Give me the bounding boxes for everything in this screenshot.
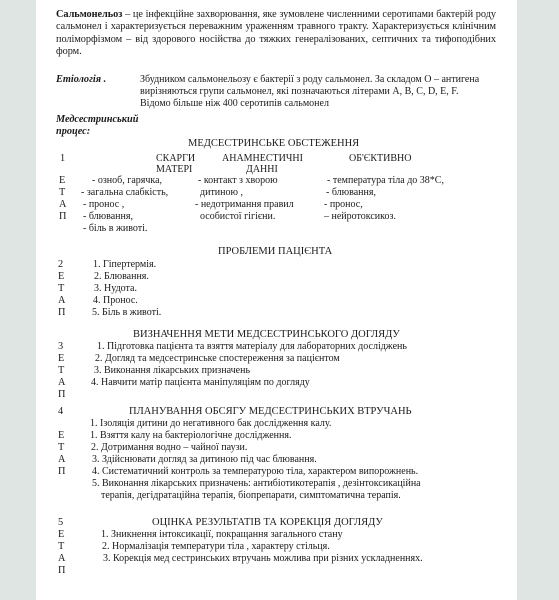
process-label-line-1: Медсестринський	[56, 114, 138, 126]
problem-item: 1. Гіпертермія.	[93, 259, 156, 270]
complaint-item: - пронос ,	[83, 199, 124, 210]
intro-term: Сальмонельоз	[56, 9, 122, 20]
stage1-number: 1	[60, 153, 65, 164]
stage1-col2-header-1: АНАМНЕСТИЧНІ	[222, 153, 303, 164]
stage2-letter-a: А	[58, 295, 65, 306]
evaluation-item: 1. Зникнення інтоксикації, покращання за…	[101, 529, 343, 540]
stage4-letter-e: Е	[58, 430, 64, 441]
etiology-line-3: Відомо більше ніж 400 серотипів сальмоне…	[140, 98, 329, 109]
complaint-item: - блювання,	[83, 211, 133, 222]
stage4-letter-t: Т	[58, 442, 64, 453]
stage2-letter-p: П	[58, 307, 65, 318]
stage4-number: 4	[58, 406, 63, 417]
anamnesis-item: дитиною ,	[200, 187, 243, 198]
plan-item: 1. Взяття калу на бактеріологічне дослід…	[90, 430, 292, 441]
goal-item: 2. Догляд та медсестринське спостереженн…	[95, 353, 340, 364]
problem-item: 4. Пронос.	[93, 295, 138, 306]
plan-item: 1. Ізоляція дитини до негативного бак до…	[90, 418, 331, 429]
stage2-title: ПРОБЛЕМИ ПАЦІЄНТА	[218, 246, 332, 257]
stage2-number: 2	[58, 259, 63, 270]
stage1-title: МЕДСЕСТРИНСЬКЕ ОБСТЕЖЕННЯ	[188, 138, 359, 149]
anamnesis-item: - недотримання правил	[195, 199, 294, 210]
stage3-number: 3	[58, 341, 63, 352]
plan-item: 2. Дотримання водно – чайної паузи.	[91, 442, 247, 453]
stage2-letter-t: Т	[58, 283, 64, 294]
anamnesis-item: особистої гігієни.	[200, 211, 275, 222]
goal-item: 3. Виконання лікарських призначень	[94, 365, 250, 376]
complaint-item: - озноб, гарячка,	[92, 175, 162, 186]
plan-item: 5. Виконання лікарських призначень: анти…	[92, 478, 421, 489]
stage5-letter-p: П	[58, 565, 65, 576]
plan-item-continuation: терапія, дегідратаційна терапія, біопреп…	[101, 490, 401, 501]
stage2-letter-e: Е	[58, 271, 64, 282]
plan-item: 3. Здійснювати догляд за дитиною під час…	[92, 454, 317, 465]
complaint-item: - біль в животі.	[83, 223, 147, 234]
stage3-letter-t: Т	[58, 365, 64, 376]
stage3-title: ВИЗНАЧЕННЯ МЕТИ МЕДСЕСТРИНСЬКОГО ДОГЛЯДУ	[133, 329, 400, 340]
evaluation-item: 2. Нормалізація температури тіла , харак…	[102, 541, 330, 552]
stage1-letter-a: А	[59, 199, 66, 210]
process-label-line-2: процес:	[56, 126, 90, 138]
objective-item: - блювання,	[326, 187, 376, 198]
stage1-letter-t: Т	[59, 187, 65, 198]
stage4-letter-p: П	[58, 466, 65, 477]
objective-item: - пронос,	[324, 199, 363, 210]
stage1-col3-header: ОБ'ЄКТИВНО	[349, 153, 411, 164]
stage5-title: ОЦІНКА РЕЗУЛЬТАТІВ ТА КОРЕКЦІЯ ДОГЛЯДУ	[152, 517, 383, 528]
complaint-item: - загальна слабкість,	[81, 187, 168, 198]
stage1-col2-header-2: ДАННІ	[246, 164, 278, 175]
objective-item: - температура тіла до 38*С,	[327, 175, 444, 186]
intro-paragraph: Сальмонельоз – це інфекційне захворюванн…	[56, 9, 496, 58]
plan-item: 4. Систематичний контроль за температуро…	[92, 466, 418, 477]
etiology-line-2: вирізняються групи сальмонел, які познач…	[140, 86, 459, 97]
stage3-letter-e: Е	[58, 353, 64, 364]
document-page: Сальмонельоз – це інфекційне захворюванн…	[36, 0, 517, 600]
etiology-label: Етіологія .	[56, 74, 106, 85]
intro-text: – це інфекційне захворювання, яке зумовл…	[56, 9, 496, 57]
etiology-line-1: Збудником сальмонельозу є бактерії з род…	[140, 74, 479, 85]
objective-item: – нейротоксикоз.	[324, 211, 396, 222]
evaluation-item: 3. Корекція мед сестринських втручань мо…	[103, 553, 423, 564]
stage3-letter-p: П	[58, 389, 65, 400]
stage4-letter-a: А	[58, 454, 65, 465]
goal-item: 1. Підготовка пацієнта та взяття матеріа…	[97, 341, 407, 352]
problem-item: 2. Блювання.	[94, 271, 149, 282]
stage1-letter-e: Е	[59, 175, 65, 186]
anamnesis-item: - контакт з хворою	[198, 175, 278, 186]
stage1-letter-p: П	[59, 211, 66, 222]
problem-item: 5. Біль в животі.	[92, 307, 161, 318]
stage5-letter-t: Т	[58, 541, 64, 552]
stage1-col1-header-2: МАТЕРІ	[156, 164, 192, 175]
stage1-col1-header-1: СКАРГИ	[156, 153, 195, 164]
stage5-letter-a: А	[58, 553, 65, 564]
stage5-number: 5	[58, 517, 63, 528]
stage3-letter-a: А	[58, 377, 65, 388]
problem-item: 3. Нудота.	[94, 283, 137, 294]
goal-item: 4. Навчити матір пацієнта маніпуляціям п…	[91, 377, 310, 388]
stage5-letter-e: Е	[58, 529, 64, 540]
stage4-title: ПЛАНУВАННЯ ОБСЯГУ МЕДСЕСТРИНСЬКИХ ВТРУЧА…	[129, 406, 412, 417]
